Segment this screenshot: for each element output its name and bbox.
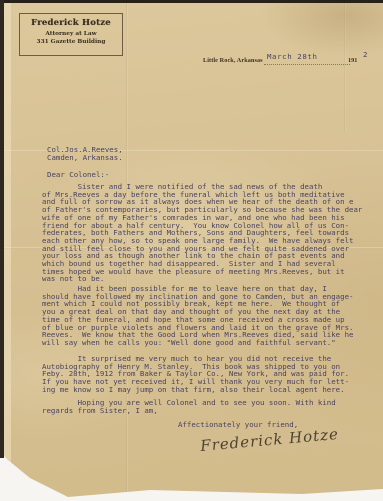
fold-crease-vertical-right <box>344 0 346 132</box>
handwritten-signature: Frederick Hotze <box>199 425 339 455</box>
scanned-letter: Frederick Hotze Attorney at Law 331 Gaze… <box>0 0 383 501</box>
body-paragraph-2: Had it been possible for me to leave her… <box>42 285 353 347</box>
letter-paper: Frederick Hotze Attorney at Law 331 Gaze… <box>0 0 383 501</box>
letterhead-address: 331 Gazette Building <box>20 39 122 45</box>
closing-line: Affectionately your friend, <box>178 421 298 429</box>
letterhead-box: Frederick Hotze Attorney at Law 331 Gaze… <box>19 13 123 56</box>
body-paragraph-4: Hoping you are well Colonel and to see y… <box>42 399 336 414</box>
scan-edge-left <box>0 0 4 458</box>
body-paragraph-1: Sister and I were notified of the sad ne… <box>42 183 362 283</box>
dateline-place: Little Rock, Arkansas <box>203 57 263 64</box>
letterhead-name: Frederick Hotze <box>20 19 122 28</box>
letterhead-title: Attorney at Law <box>20 31 122 37</box>
dateline-typed-date: March 28th <box>267 53 318 61</box>
dateline-dotted-leader <box>264 64 350 65</box>
paper-edge-highlight <box>4 0 11 501</box>
salutation: Dear Colonel:- <box>47 171 109 179</box>
dateline-printed-year: 191 <box>348 57 357 64</box>
body-paragraph-3: It surprised me very much to hear you di… <box>42 355 349 394</box>
recipient-address: Col.Jos.A.Reeves, Camden, Arkansas. <box>47 146 123 161</box>
dateline-typed-year: 2 <box>363 51 367 59</box>
